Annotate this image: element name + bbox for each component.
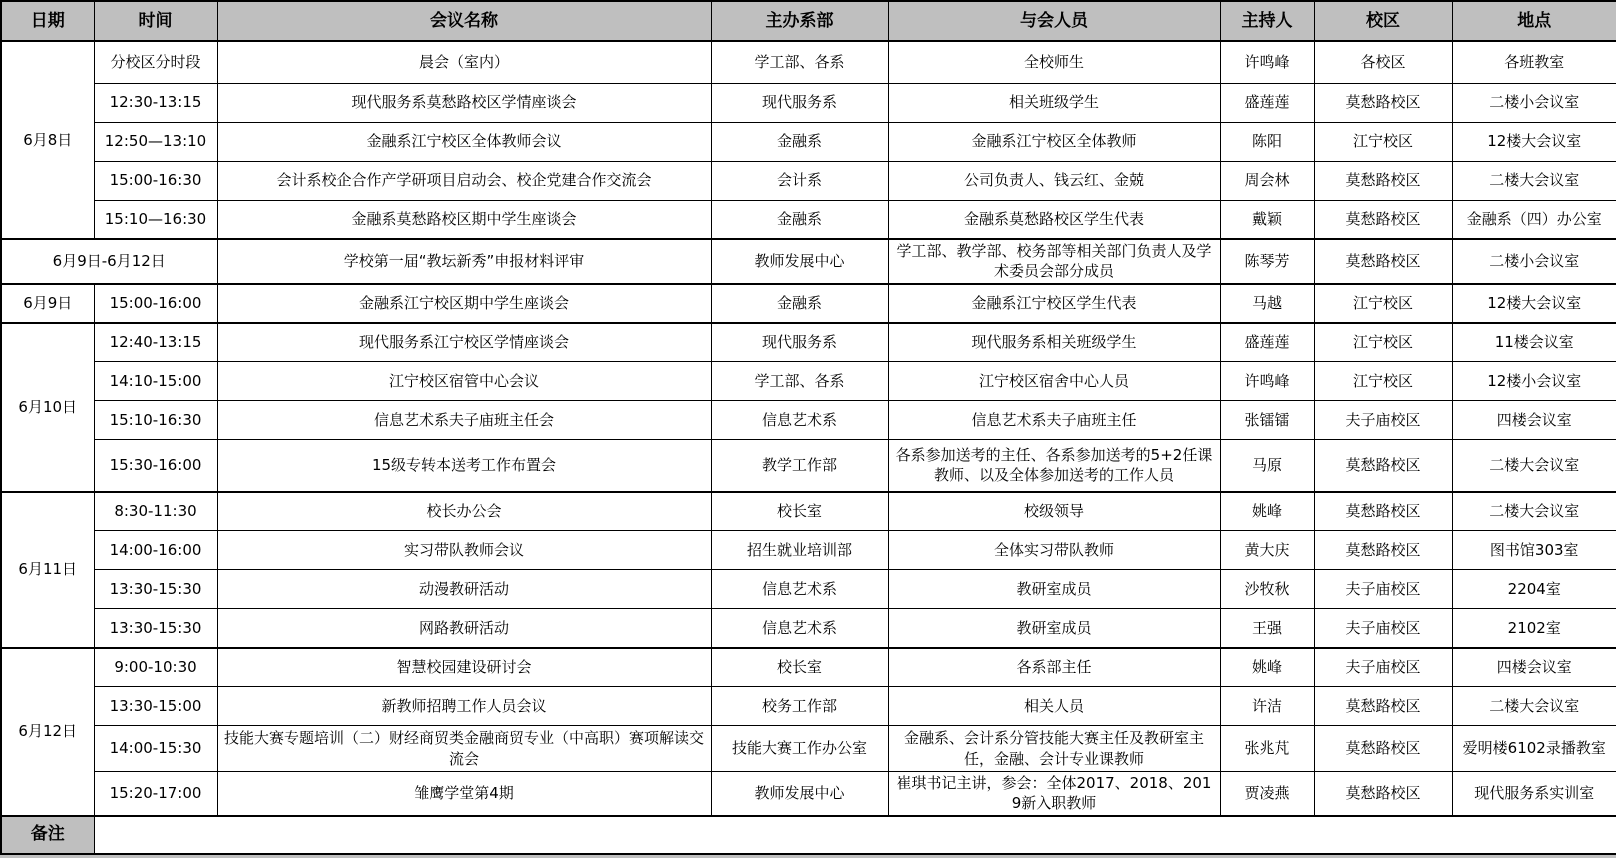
- note-row: 备注: [1, 816, 1616, 854]
- host-cell: 陈琴芳: [1220, 239, 1314, 284]
- table-row: 15:10-16:30 信息艺术系夫子庙班主任会 信息艺术系 信息艺术系夫子庙班…: [1, 401, 1616, 440]
- meeting-name-cell: 晨会（室内）: [217, 41, 711, 83]
- table-header-row: 日期 时间 会议名称 主办系部 与会人员 主持人 校区 地点: [1, 1, 1616, 41]
- host-cell: 许鸣峰: [1220, 41, 1314, 83]
- campus-cell: 莫愁路校区: [1314, 440, 1452, 492]
- location-cell: 现代服务系实训室: [1452, 772, 1616, 816]
- meeting-name-cell: 动漫教研活动: [217, 570, 711, 609]
- host-cell: 陈阳: [1220, 122, 1314, 161]
- campus-cell: 莫愁路校区: [1314, 726, 1452, 772]
- time-cell: 15:00-16:00: [94, 284, 217, 323]
- table-row: 6月9日 15:00-16:00 金融系江宁校区期中学生座谈会 金融系 金融系江…: [1, 284, 1616, 323]
- date-cell: 6月9日-6月12日: [1, 239, 217, 284]
- table-row: 15:00-16:30 会计系校企合作产学研项目启动会、校企党建合作交流会 会计…: [1, 161, 1616, 200]
- date-cell: 6月10日: [1, 323, 94, 492]
- campus-cell: 夫子庙校区: [1314, 401, 1452, 440]
- meeting-name-cell: 实习带队教师会议: [217, 531, 711, 570]
- participants-cell: 江宁校区宿舍中心人员: [888, 362, 1220, 401]
- dept-cell: 教师发展中心: [711, 239, 888, 284]
- meeting-name-cell: 江宁校区宿管中心会议: [217, 362, 711, 401]
- location-cell: 各班教室: [1452, 41, 1616, 83]
- host-cell: 盛莲莲: [1220, 323, 1314, 362]
- campus-cell: 莫愁路校区: [1314, 161, 1452, 200]
- meeting-name-cell: 网路教研活动: [217, 609, 711, 648]
- participants-cell: 金融系江宁校区全体教师: [888, 122, 1220, 161]
- time-cell: 分校区分时段: [94, 41, 217, 83]
- meeting-name-cell: 学校第一届“教坛新秀”申报材料评审: [217, 239, 711, 284]
- participants-cell: 教研室成员: [888, 609, 1220, 648]
- date-cell: 6月8日: [1, 41, 94, 239]
- host-cell: 姚峰: [1220, 648, 1314, 687]
- table-row: 12:50—13:10 金融系江宁校区全体教师会议 金融系 金融系江宁校区全体教…: [1, 122, 1616, 161]
- col-header-date: 日期: [1, 1, 94, 41]
- meeting-name-cell: 金融系莫愁路校区期中学生座谈会: [217, 200, 711, 239]
- host-cell: 沙牧秋: [1220, 570, 1314, 609]
- time-cell: 15:20-17:00: [94, 772, 217, 816]
- note-label-cell: 备注: [1, 816, 94, 854]
- col-header-location: 地点: [1452, 1, 1616, 41]
- table-row: 15:30-16:00 15级专转本送考工作布置会 教学工作部 各系参加送考的主…: [1, 440, 1616, 492]
- location-cell: 二楼大会议室: [1452, 492, 1616, 531]
- host-cell: 许鸣峰: [1220, 362, 1314, 401]
- campus-cell: 莫愁路校区: [1314, 772, 1452, 816]
- location-cell: 二楼小会议室: [1452, 83, 1616, 122]
- campus-cell: 江宁校区: [1314, 284, 1452, 323]
- meeting-name-cell: 智慧校园建设研讨会: [217, 648, 711, 687]
- campus-cell: 夫子庙校区: [1314, 648, 1452, 687]
- meeting-name-cell: 信息艺术系夫子庙班主任会: [217, 401, 711, 440]
- participants-cell: 全校师生: [888, 41, 1220, 83]
- table-row: 14:10-15:00 江宁校区宿管中心会议 学工部、各系 江宁校区宿舍中心人员…: [1, 362, 1616, 401]
- location-cell: 爱明楼6102录播教室: [1452, 726, 1616, 772]
- table-row: 6月12日 9:00-10:30 智慧校园建设研讨会 校长室 各系部主任 姚峰 …: [1, 648, 1616, 687]
- participants-cell: 公司负责人、钱云红、金兢: [888, 161, 1220, 200]
- dept-cell: 教师发展中心: [711, 772, 888, 816]
- meeting-name-cell: 金融系江宁校区期中学生座谈会: [217, 284, 711, 323]
- location-cell: 图书馆303室: [1452, 531, 1616, 570]
- table-row: 14:00-15:30 技能大赛专题培训（二）财经商贸类金融商贸专业（中高职）赛…: [1, 726, 1616, 772]
- location-cell: 12楼大会议室: [1452, 284, 1616, 323]
- meeting-name-cell: 雏鹰学堂第4期: [217, 772, 711, 816]
- host-cell: 马越: [1220, 284, 1314, 323]
- table-row: 6月8日 分校区分时段 晨会（室内） 学工部、各系 全校师生 许鸣峰 各校区 各…: [1, 41, 1616, 83]
- time-cell: 15:30-16:00: [94, 440, 217, 492]
- meeting-name-cell: 校长办公会: [217, 492, 711, 531]
- dept-cell: 校长室: [711, 492, 888, 531]
- participants-cell: 相关班级学生: [888, 83, 1220, 122]
- campus-cell: 莫愁路校区: [1314, 687, 1452, 726]
- meeting-name-cell: 会计系校企合作产学研项目启动会、校企党建合作交流会: [217, 161, 711, 200]
- host-cell: 许洁: [1220, 687, 1314, 726]
- dept-cell: 校务工作部: [711, 687, 888, 726]
- table-row: 13:30-15:00 新教师招聘工作人员会议 校务工作部 相关人员 许洁 莫愁…: [1, 687, 1616, 726]
- date-cell: 6月11日: [1, 492, 94, 648]
- campus-cell: 夫子庙校区: [1314, 570, 1452, 609]
- time-cell: 13:30-15:00: [94, 687, 217, 726]
- time-cell: 14:00-16:00: [94, 531, 217, 570]
- meeting-name-cell: 技能大赛专题培训（二）财经商贸类金融商贸专业（中高职）赛项解读交流会: [217, 726, 711, 772]
- time-cell: 12:30-13:15: [94, 83, 217, 122]
- location-cell: 2102室: [1452, 609, 1616, 648]
- host-cell: 贾凌燕: [1220, 772, 1314, 816]
- table-row: 15:10—16:30 金融系莫愁路校区期中学生座谈会 金融系 金融系莫愁路校区…: [1, 200, 1616, 239]
- time-cell: 14:00-15:30: [94, 726, 217, 772]
- table-row: 14:00-16:00 实习带队教师会议 招生就业培训部 全体实习带队教师 黄大…: [1, 531, 1616, 570]
- campus-cell: 莫愁路校区: [1314, 200, 1452, 239]
- dept-cell: 信息艺术系: [711, 609, 888, 648]
- note-content-cell: [94, 816, 1616, 854]
- table-row: 13:30-15:30 动漫教研活动 信息艺术系 教研室成员 沙牧秋 夫子庙校区…: [1, 570, 1616, 609]
- campus-cell: 莫愁路校区: [1314, 239, 1452, 284]
- campus-cell: 江宁校区: [1314, 323, 1452, 362]
- time-cell: 15:10-16:30: [94, 401, 217, 440]
- campus-cell: 莫愁路校区: [1314, 531, 1452, 570]
- location-cell: 12楼大会议室: [1452, 122, 1616, 161]
- table-row: 12:30-13:15 现代服务系莫愁路校区学情座谈会 现代服务系 相关班级学生…: [1, 83, 1616, 122]
- meeting-name-cell: 现代服务系莫愁路校区学情座谈会: [217, 83, 711, 122]
- dept-cell: 会计系: [711, 161, 888, 200]
- date-cell: 6月12日: [1, 648, 94, 816]
- participants-cell: 金融系江宁校区学生代表: [888, 284, 1220, 323]
- location-cell: 12楼小会议室: [1452, 362, 1616, 401]
- participants-cell: 教研室成员: [888, 570, 1220, 609]
- campus-cell: 莫愁路校区: [1314, 492, 1452, 531]
- location-cell: 四楼会议室: [1452, 401, 1616, 440]
- location-cell: 金融系（四）办公室: [1452, 200, 1616, 239]
- table-row: 6月11日 8:30-11:30 校长办公会 校长室 校级领导 姚峰 莫愁路校区…: [1, 492, 1616, 531]
- campus-cell: 各校区: [1314, 41, 1452, 83]
- dept-cell: 校长室: [711, 648, 888, 687]
- date-cell: 6月9日: [1, 284, 94, 323]
- campus-cell: 江宁校区: [1314, 362, 1452, 401]
- host-cell: 马原: [1220, 440, 1314, 492]
- participants-cell: 全体实习带队教师: [888, 531, 1220, 570]
- col-header-time: 时间: [94, 1, 217, 41]
- participants-cell: 金融系莫愁路校区学生代表: [888, 200, 1220, 239]
- bottom-edge-strip: [0, 855, 1616, 858]
- table-row: 6月9日-6月12日 学校第一届“教坛新秀”申报材料评审 教师发展中心 学工部、…: [1, 239, 1616, 284]
- time-cell: 15:00-16:30: [94, 161, 217, 200]
- table-row: 15:20-17:00 雏鹰学堂第4期 教师发展中心 崔琪书记主讲，参会：全体2…: [1, 772, 1616, 816]
- participants-cell: 各系部主任: [888, 648, 1220, 687]
- participants-cell: 校级领导: [888, 492, 1220, 531]
- time-cell: 15:10—16:30: [94, 200, 217, 239]
- col-header-dept: 主办系部: [711, 1, 888, 41]
- dept-cell: 学工部、各系: [711, 41, 888, 83]
- participants-cell: 学工部、教学部、校务部等相关部门负责人及学术委员会部分成员: [888, 239, 1220, 284]
- participants-cell: 相关人员: [888, 687, 1220, 726]
- campus-cell: 江宁校区: [1314, 122, 1452, 161]
- dept-cell: 金融系: [711, 122, 888, 161]
- location-cell: 二楼大会议室: [1452, 440, 1616, 492]
- host-cell: 姚峰: [1220, 492, 1314, 531]
- host-cell: 戴颖: [1220, 200, 1314, 239]
- col-header-meeting-name: 会议名称: [217, 1, 711, 41]
- time-cell: 12:50—13:10: [94, 122, 217, 161]
- meeting-schedule-page: 日期 时间 会议名称 主办系部 与会人员 主持人 校区 地点 6月8日 分校区分…: [0, 0, 1616, 863]
- location-cell: 二楼小会议室: [1452, 239, 1616, 284]
- col-header-host: 主持人: [1220, 1, 1314, 41]
- col-header-participants: 与会人员: [888, 1, 1220, 41]
- meeting-name-cell: 现代服务系江宁校区学情座谈会: [217, 323, 711, 362]
- table-row: 6月10日 12:40-13:15 现代服务系江宁校区学情座谈会 现代服务系 现…: [1, 323, 1616, 362]
- participants-cell: 金融系、会计系分管技能大赛主任及教研室主任，金融、会计专业课教师: [888, 726, 1220, 772]
- participants-cell: 崔琪书记主讲，参会：全体2017、2018、2019新入职教师: [888, 772, 1220, 816]
- participants-cell: 现代服务系相关班级学生: [888, 323, 1220, 362]
- host-cell: 周会林: [1220, 161, 1314, 200]
- location-cell: 11楼会议室: [1452, 323, 1616, 362]
- host-cell: 盛莲莲: [1220, 83, 1314, 122]
- location-cell: 2204室: [1452, 570, 1616, 609]
- host-cell: 黄大庆: [1220, 531, 1314, 570]
- dept-cell: 金融系: [711, 200, 888, 239]
- dept-cell: 技能大赛工作办公室: [711, 726, 888, 772]
- host-cell: 张兆芃: [1220, 726, 1314, 772]
- location-cell: 二楼大会议室: [1452, 161, 1616, 200]
- campus-cell: 夫子庙校区: [1314, 609, 1452, 648]
- time-cell: 12:40-13:15: [94, 323, 217, 362]
- dept-cell: 招生就业培训部: [711, 531, 888, 570]
- dept-cell: 学工部、各系: [711, 362, 888, 401]
- meeting-schedule-table: 日期 时间 会议名称 主办系部 与会人员 主持人 校区 地点 6月8日 分校区分…: [0, 0, 1616, 855]
- meeting-name-cell: 新教师招聘工作人员会议: [217, 687, 711, 726]
- participants-cell: 各系参加送考的主任、各系参加送考的5+2任课教师、以及全体参加送考的工作人员: [888, 440, 1220, 492]
- campus-cell: 莫愁路校区: [1314, 83, 1452, 122]
- dept-cell: 金融系: [711, 284, 888, 323]
- time-cell: 13:30-15:30: [94, 609, 217, 648]
- meeting-name-cell: 15级专转本送考工作布置会: [217, 440, 711, 492]
- host-cell: 张镭镭: [1220, 401, 1314, 440]
- meeting-name-cell: 金融系江宁校区全体教师会议: [217, 122, 711, 161]
- dept-cell: 信息艺术系: [711, 570, 888, 609]
- table-row: 13:30-15:30 网路教研活动 信息艺术系 教研室成员 王强 夫子庙校区 …: [1, 609, 1616, 648]
- col-header-campus: 校区: [1314, 1, 1452, 41]
- dept-cell: 现代服务系: [711, 323, 888, 362]
- time-cell: 14:10-15:00: [94, 362, 217, 401]
- time-cell: 8:30-11:30: [94, 492, 217, 531]
- location-cell: 四楼会议室: [1452, 648, 1616, 687]
- location-cell: 二楼大会议室: [1452, 687, 1616, 726]
- host-cell: 王强: [1220, 609, 1314, 648]
- dept-cell: 现代服务系: [711, 83, 888, 122]
- participants-cell: 信息艺术系夫子庙班主任: [888, 401, 1220, 440]
- dept-cell: 教学工作部: [711, 440, 888, 492]
- time-cell: 9:00-10:30: [94, 648, 217, 687]
- dept-cell: 信息艺术系: [711, 401, 888, 440]
- time-cell: 13:30-15:30: [94, 570, 217, 609]
